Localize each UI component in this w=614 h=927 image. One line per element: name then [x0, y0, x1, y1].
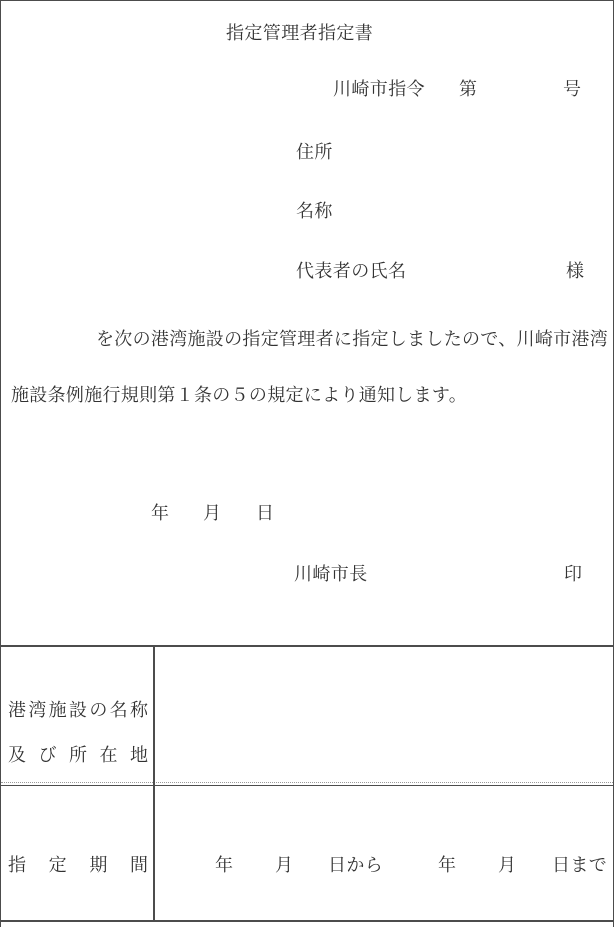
seal-mark: 印 [564, 565, 582, 583]
address-label: 住所 [296, 143, 333, 161]
issue-date-month-label: 月 [203, 504, 221, 522]
table-row-divider-dotted [1, 782, 614, 783]
facility-value-cell [166, 701, 606, 776]
issue-date-year-label: 年 [151, 504, 169, 522]
period-from-day-label: 日から [328, 856, 383, 874]
period-to-year-label: 年 [438, 856, 456, 874]
table-row-divider [1, 785, 614, 786]
directive-number-suffix: 号 [563, 80, 581, 98]
facility-header-line2: 及び所在地 [8, 746, 148, 764]
period-header: 指定期間 [8, 856, 148, 874]
facility-header-line1: 港湾施設の名称 [8, 701, 148, 719]
mayor-label: 川崎市長 [294, 565, 368, 583]
name-label: 名称 [296, 202, 333, 220]
page-title: 指定管理者指定書 [226, 24, 373, 42]
body-paragraph-line1: を次の港湾施設の指定管理者に指定しましたので、川崎市港湾 [96, 330, 608, 348]
period-from-year-label: 年 [215, 856, 233, 874]
table-bottom-border [1, 920, 614, 922]
directive-prefix: 川崎市指令 [333, 80, 425, 98]
directive-number-label: 第 [459, 80, 477, 98]
table-top-border [1, 645, 614, 647]
period-from-month-label: 月 [275, 856, 293, 874]
honorific-label: 様 [566, 262, 584, 280]
document-page: 指定管理者指定書 川崎市指令 第 号 住所 名称 代表者の氏名 様 を次の港湾施… [0, 0, 614, 927]
representative-label: 代表者の氏名 [296, 262, 406, 280]
period-to-day-label: 日まで [552, 856, 607, 874]
table-column-divider [153, 647, 155, 920]
period-to-month-label: 月 [498, 856, 516, 874]
body-paragraph-line2: 施設条例施行規則第１条の５の規定により通知します。 [11, 386, 467, 404]
issue-date-day-label: 日 [256, 504, 274, 522]
